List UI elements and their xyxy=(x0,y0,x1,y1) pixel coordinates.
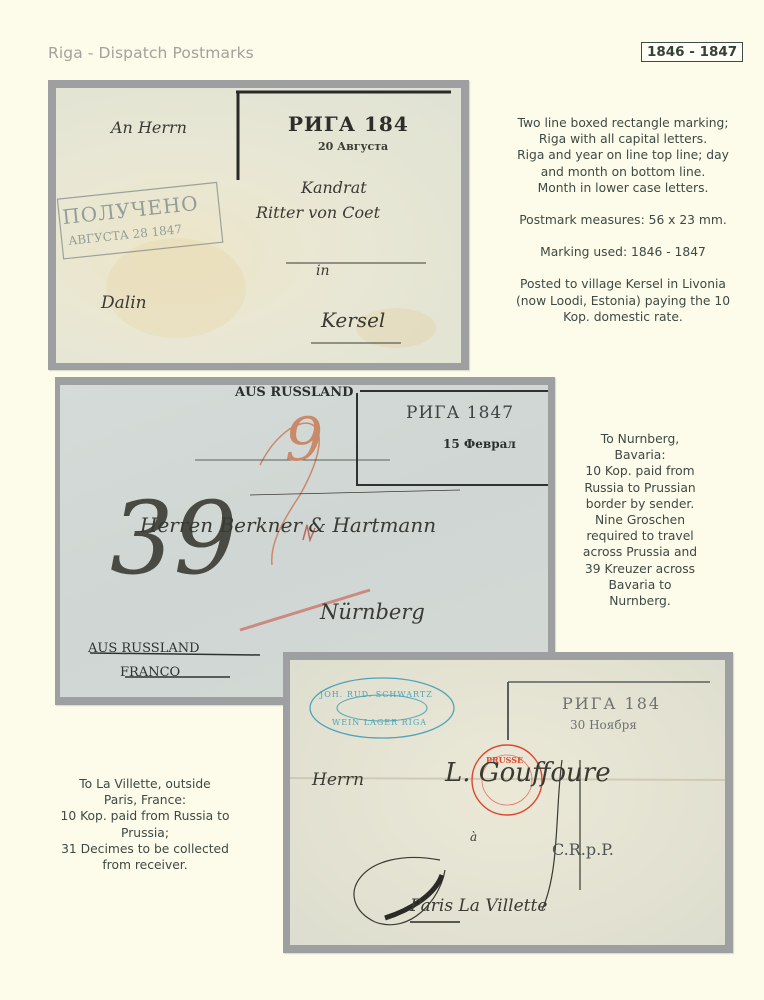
posting-details: Posted to village Kersel in Livonia (now… xyxy=(488,276,758,325)
address-line-1: Herrn xyxy=(312,770,364,790)
riga-postmark-line2: 15 Феврал xyxy=(443,437,516,451)
riga-postmark-line1: РИГА 1847 xyxy=(406,403,514,423)
cover-2-description: To Nurnberg, Bavaria: 10 Kop. paid from … xyxy=(575,431,705,609)
description-paragraph: Two line boxed rectangle marking; Riga w… xyxy=(488,115,758,196)
address-line-3: Ritter von Coet xyxy=(256,203,380,222)
address-line-3: à xyxy=(470,830,477,844)
riga-postmark-line2: 20 Августа xyxy=(318,140,388,153)
address-line-1: An Herrn xyxy=(111,118,187,137)
riga-postmark-line1: РИГА 184 xyxy=(288,112,409,136)
address-line-4: Paris La Villette xyxy=(410,896,547,916)
cover-1-note: Dalin xyxy=(101,293,147,313)
postmark-measurement: Postmark measures: 56 x 23 mm. xyxy=(488,212,758,228)
crossed-mark-line1: AUS RUSSLAND xyxy=(88,641,200,656)
address-line-2: Nürnberg xyxy=(320,600,425,624)
blue-cachet-line2: WEIN LAGER RIGA xyxy=(332,718,427,727)
date-range-box: 1846 - 1847 xyxy=(641,42,743,62)
riga-postmark-line2: 30 Ноября xyxy=(570,718,637,732)
marking-used: Marking used: 1846 - 1847 xyxy=(488,244,758,260)
cover-1-kersel: РИГА 184 20 Августа ПОЛУЧЕНО АВГУСТА 28 … xyxy=(56,88,461,363)
page-title: Riga - Dispatch Postmarks xyxy=(48,44,254,62)
transit-mark: AUS RUSSLAND xyxy=(235,385,353,400)
exchange-mark: C.R.p.P. xyxy=(552,840,614,859)
cover-3-description: To La Villette, outside Paris, France: 1… xyxy=(30,776,260,873)
cover-1-description: Two line boxed rectangle marking; Riga w… xyxy=(488,115,758,341)
crossed-mark-line2: FRANCO xyxy=(120,665,180,680)
cover-3-la-villette: JOH. RUD. SCHWARTZ WEIN LAGER RIGA РИГА … xyxy=(290,660,725,945)
rate-manuscript: 39 xyxy=(110,480,237,597)
address-line-2: L. Gouffoure xyxy=(445,758,611,788)
address-line-1: Herren Berkner & Hartmann xyxy=(140,513,436,537)
address-line-4: in xyxy=(316,263,330,279)
riga-postmark-line1: РИГА 184 xyxy=(562,694,661,713)
address-line-2: Kandrat xyxy=(301,178,367,197)
cover-2-nurnberg: AUS RUSSLAND РИГА 1847 15 Феврал 39 9 He… xyxy=(60,385,548,697)
address-line-5: Kersel xyxy=(321,308,385,332)
blue-cachet-line1: JOH. RUD. SCHWARTZ xyxy=(320,690,433,699)
red-rate-manuscript: 9 xyxy=(285,405,323,475)
